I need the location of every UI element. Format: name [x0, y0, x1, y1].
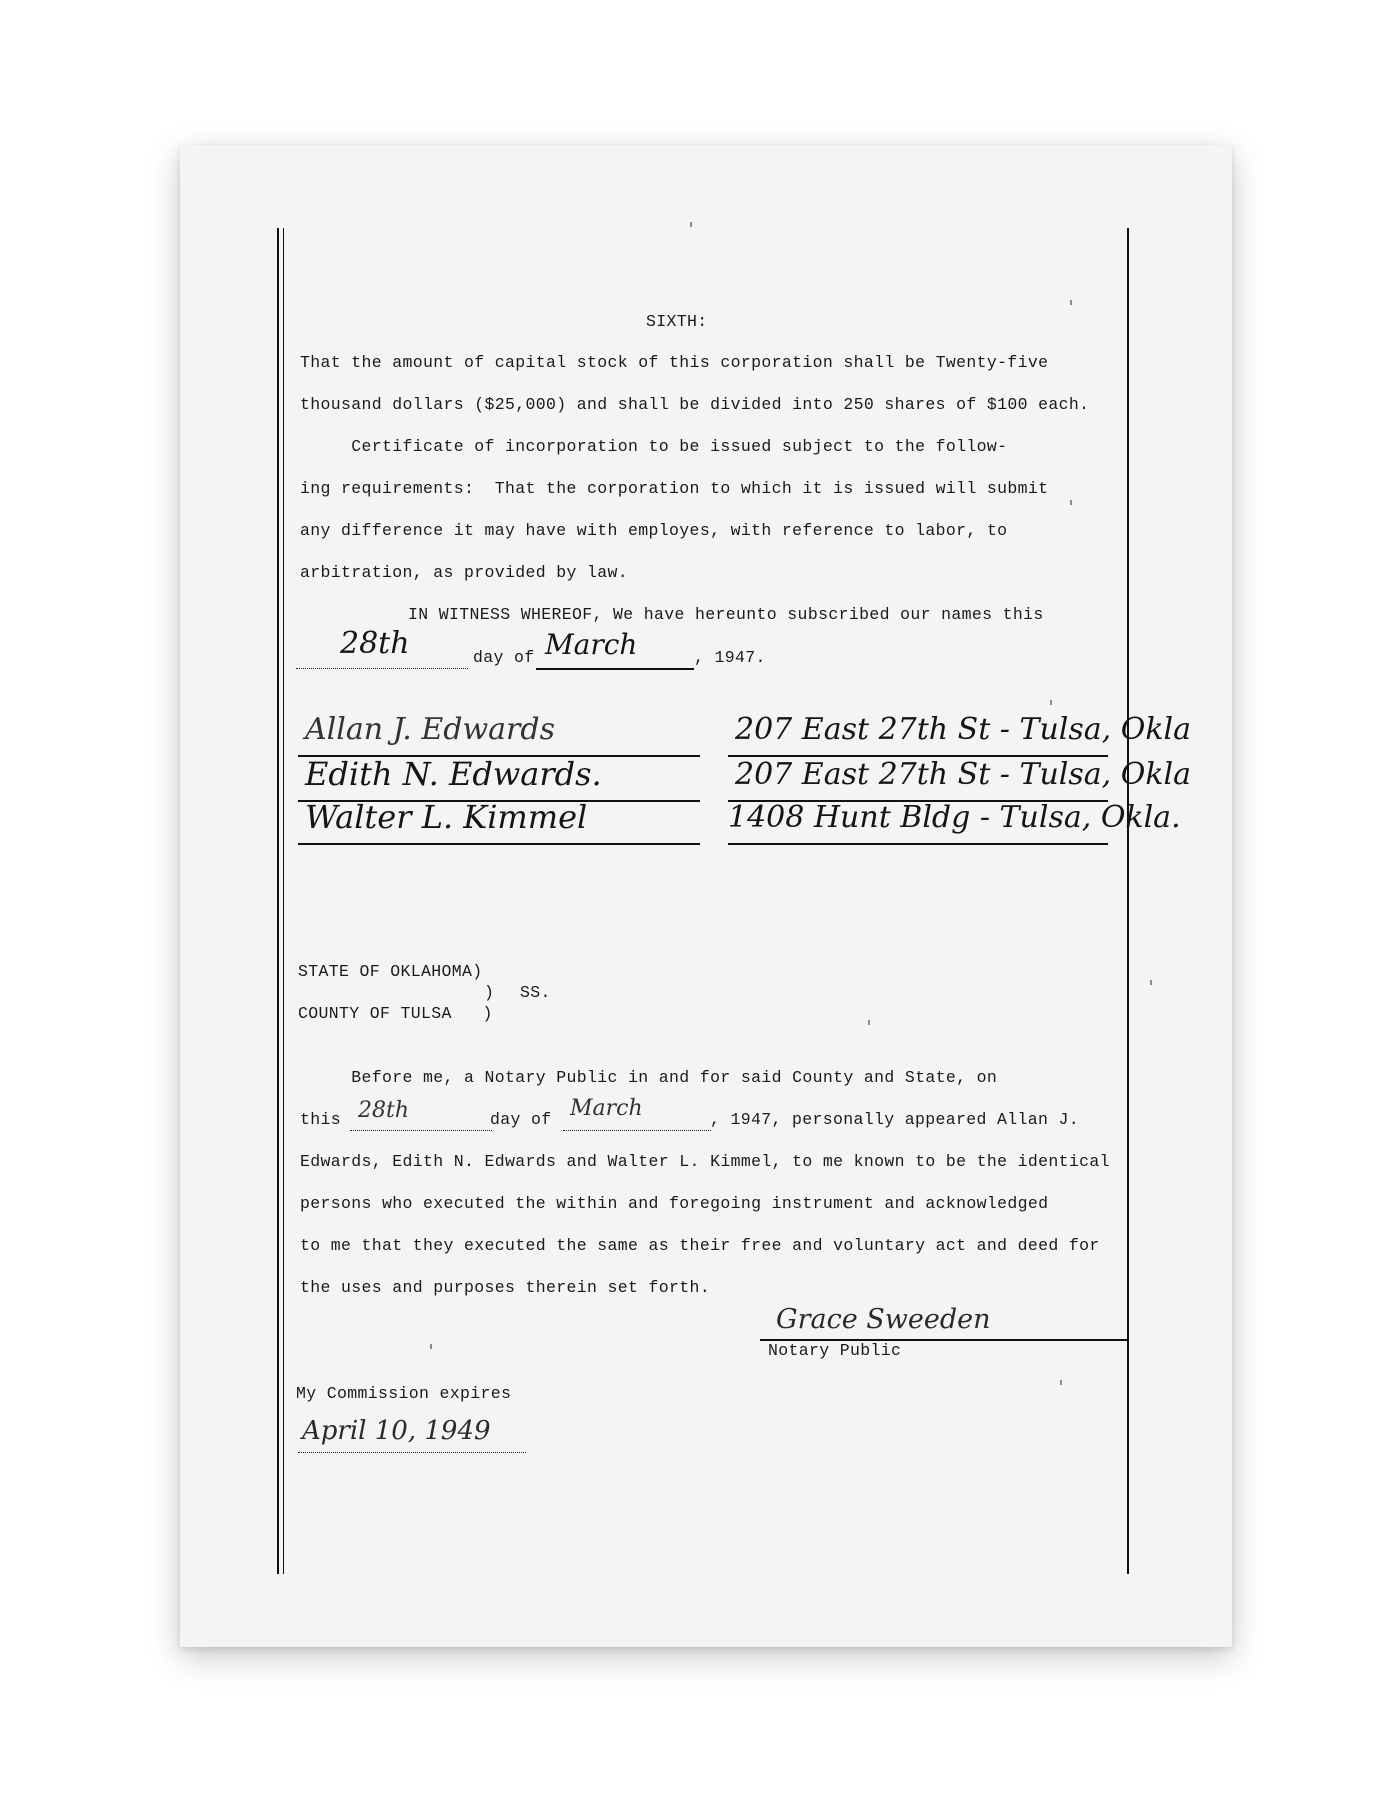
paragraph-2-line-3: any difference it may have with employes… — [300, 521, 1007, 540]
commission-date-handwritten: April 10, 1949 — [302, 1416, 491, 1446]
notary-public-label: Notary Public — [768, 1341, 901, 1360]
scan-speck — [1060, 1380, 1062, 1385]
witness-month-line — [536, 668, 694, 670]
scan-speck — [868, 1020, 870, 1025]
acknowledgment-line-6: the uses and purposes therein set forth. — [300, 1278, 710, 1297]
witness-statement: IN WITNESS WHEREOF, We have hereunto sub… — [408, 605, 1044, 624]
acknowledgment-day-of-label: day of — [490, 1110, 552, 1129]
venue-county: COUNTY OF TULSA ) — [298, 1004, 493, 1023]
right-margin-rule — [1127, 228, 1129, 1574]
notary-signature: Grace Sweeden — [776, 1304, 990, 1335]
signature-allan-edwards: Allan J. Edwards — [305, 712, 555, 747]
paragraph-2-line-1: Certificate of incorporation to be issue… — [300, 437, 1007, 456]
scan-speck — [1050, 700, 1052, 705]
scan-speck — [430, 1344, 432, 1349]
acknowledgment-line-2-rest: , 1947, personally appeared Allan J. — [710, 1110, 1079, 1129]
acknowledgment-this-label: this — [300, 1110, 341, 1129]
acknowledgment-line-3: Edwards, Edith N. Edwards and Walter L. … — [300, 1152, 1110, 1171]
acknowledgment-month-handwritten: March — [570, 1096, 643, 1121]
scan-speck — [1150, 980, 1152, 985]
commission-date-line — [298, 1452, 526, 1453]
scan-speck — [1070, 300, 1072, 305]
scan-speck — [1070, 500, 1072, 505]
venue-state: STATE OF OKLAHOMA) — [298, 962, 483, 981]
witness-day-of-label: day of — [473, 648, 535, 667]
witness-year: , 1947. — [694, 648, 766, 667]
acknowledgment-day-line — [350, 1130, 492, 1131]
address-2: 207 East 27th St - Tulsa, Okla — [735, 757, 1191, 792]
paragraph-2-line-2: ing requirements: That the corporation t… — [300, 479, 1048, 498]
paragraph-2-line-4: arbitration, as provided by law. — [300, 563, 628, 582]
paragraph-1-line-2: thousand dollars ($25,000) and shall be … — [300, 395, 1089, 414]
scan-speck — [690, 222, 692, 227]
address-3: 1408 Hunt Bldg - Tulsa, Okla. — [728, 800, 1181, 835]
signature-line-3 — [298, 843, 700, 845]
acknowledgment-day-handwritten: 28th — [358, 1098, 409, 1123]
signature-edith-edwards: Edith N. Edwards. — [305, 755, 602, 793]
witness-month-handwritten: March — [545, 628, 637, 661]
venue-bracket: ) — [484, 983, 494, 1002]
paragraph-1-line-1: That the amount of capital stock of this… — [300, 353, 1048, 372]
section-heading: SIXTH: — [646, 312, 708, 331]
address-1: 207 East 27th St - Tulsa, Okla — [735, 712, 1191, 747]
signature-walter-kimmel: Walter L. Kimmel — [305, 798, 587, 836]
witness-day-line — [296, 668, 468, 669]
acknowledgment-line-4: persons who executed the within and fore… — [300, 1194, 1048, 1213]
acknowledgment-month-line — [563, 1130, 711, 1131]
commission-label: My Commission expires — [296, 1384, 511, 1403]
left-margin-rule — [277, 228, 284, 1574]
acknowledgment-line-1: Before me, a Notary Public in and for sa… — [300, 1068, 997, 1087]
venue-ss: SS. — [520, 983, 551, 1002]
witness-day-handwritten: 28th — [340, 626, 410, 661]
address-line-3 — [728, 843, 1108, 845]
acknowledgment-line-5: to me that they executed the same as the… — [300, 1236, 1100, 1255]
